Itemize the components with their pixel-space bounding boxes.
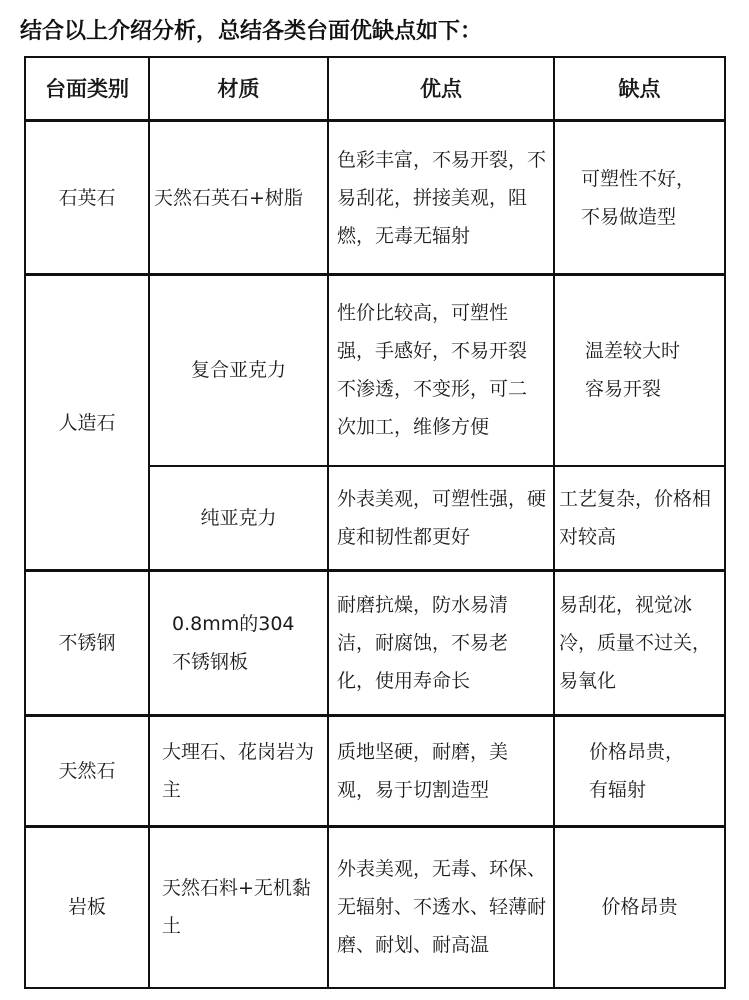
material-cell: 大理石、花岗岩为主 (149, 716, 328, 827)
table-header-row: 台面类别 材质 优点 缺点 (25, 57, 725, 121)
table-row: 岩板 天然石料+无机黏土 外表美观，无毒、环保、无辐射、不透水、轻薄耐磨、耐划、… (25, 827, 725, 988)
cons-cell: 可塑性不好，不易做造型 (554, 121, 725, 275)
cons-cell: 温差较大时容易开裂 (554, 275, 725, 466)
header-category: 台面类别 (25, 57, 149, 121)
cons-cell: 价格昂贵 (554, 827, 725, 988)
category-cell: 石英石 (25, 121, 149, 275)
category-cell: 人造石 (25, 275, 149, 571)
cons-cell: 价格昂贵，有辐射 (554, 716, 725, 827)
material-cell: 天然石英石+树脂 (149, 121, 328, 275)
table-row: 石英石 天然石英石+树脂 色彩丰富，不易开裂，不易刮花，拼接美观，阻燃，无毒无辐… (25, 121, 725, 275)
category-cell: 岩板 (25, 827, 149, 988)
cons-cell: 易刮花，视觉冰冷，质量不过关，易氧化 (554, 571, 725, 716)
pros-cell: 外表美观，可塑性强，硬度和韧性都更好 (328, 466, 554, 571)
material-cell: 天然石料+无机黏土 (149, 827, 328, 988)
header-pros: 优点 (328, 57, 554, 121)
category-cell: 天然石 (25, 716, 149, 827)
pros-cell: 外表美观，无毒、环保、无辐射、不透水、轻薄耐磨、耐划、耐高温 (328, 827, 554, 988)
table-row: 人造石 复合亚克力 性价比较高，可塑性强，手感好，不易开裂不渗透，不变形，可二次… (25, 275, 725, 466)
pros-cell: 性价比较高，可塑性强，手感好，不易开裂不渗透，不变形，可二次加工，维修方便 (328, 275, 554, 466)
cons-cell: 工艺复杂，价格相对较高 (554, 466, 725, 571)
pros-cell: 色彩丰富，不易开裂，不易刮花，拼接美观，阻燃，无毒无辐射 (328, 121, 554, 275)
material-cell: 复合亚克力 (149, 275, 328, 466)
material-cell: 纯亚克力 (149, 466, 328, 571)
pros-cell: 耐磨抗燥，防水易清洁，耐腐蚀，不易老化，使用寿命长 (328, 571, 554, 716)
material-cell: 0.8mm的304不锈钢板 (149, 571, 328, 716)
table-row: 天然石 大理石、花岗岩为主 质地坚硬，耐磨，美观，易于切割造型 价格昂贵，有辐射 (25, 716, 725, 827)
category-cell: 不锈钢 (25, 571, 149, 716)
countertop-comparison-table: 台面类别 材质 优点 缺点 石英石 天然石英石+树脂 色彩丰富，不易开裂，不易刮… (24, 56, 726, 989)
header-cons: 缺点 (554, 57, 725, 121)
page-title: 结合以上介绍分析，总结各类台面优缺点如下： (20, 14, 482, 45)
pros-cell: 质地坚硬，耐磨，美观，易于切割造型 (328, 716, 554, 827)
table-row: 不锈钢 0.8mm的304不锈钢板 耐磨抗燥，防水易清洁，耐腐蚀，不易老化，使用… (25, 571, 725, 716)
header-material: 材质 (149, 57, 328, 121)
